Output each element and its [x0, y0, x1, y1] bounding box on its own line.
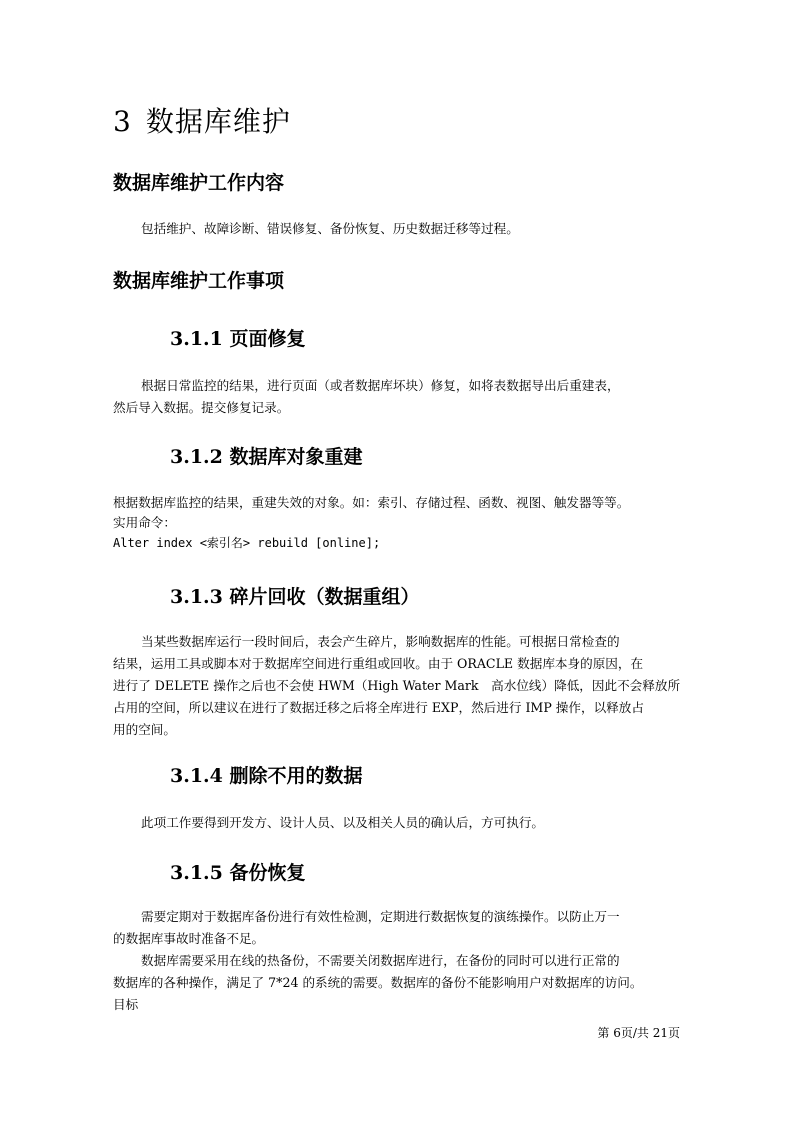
page-repair-paragraph: 根据日常监控的结果，进行页面（或者数据库坏块）修复，如将表数据导出后重建表， 然… [113, 375, 681, 419]
subsection-title: 碎片回收（数据重组） [230, 586, 420, 608]
paragraph-line: 用的空间。 [113, 719, 681, 741]
section-heading-content: 数据库维护工作内容 [113, 168, 284, 195]
paragraph-line: 数据库需要采用在线的热备份，不需要关闭数据库进行，在备份的同时可以进行正常的 [113, 950, 681, 972]
subsection-number: 3.1.1 [170, 328, 223, 350]
paragraph-line: 目标 [113, 994, 681, 1016]
subsection-number: 3.1.2 [170, 446, 223, 468]
paragraph-line: 根据数据库监控的结果，重建失效的对象。如：索引、存储过程、函数、视图、触发器等等… [113, 493, 681, 513]
subsection-heading-delete-unused: 3.1.4 删除不用的数据 [170, 761, 363, 788]
paragraph-line: 根据日常监控的结果，进行页面（或者数据库坏块）修复，如将表数据导出后重建表， [113, 375, 681, 397]
paragraph-line: 当某些数据库运行一段时间后，表会产生碎片，影响数据库的性能。可根据日常检查的 [113, 631, 681, 653]
paragraph-line: 结果，运用工具或脚本对于数据库空间进行重组或回收。由于 ORACLE 数据库本身… [113, 653, 681, 675]
paragraph-line: 然后导入数据。提交修复记录。 [113, 397, 681, 419]
subsection-title: 页面修复 [230, 328, 306, 350]
paragraph-line: 实用命令： [113, 513, 681, 533]
paragraph-line: 进行了 DELETE 操作之后也不会使 HWM（High Water Mark … [113, 675, 681, 697]
paragraph-line: 的数据库事故时准备不足。 [113, 928, 681, 950]
command-code: Alter index <索引名> rebuild [online]; [113, 533, 681, 553]
chapter-heading: 3数据库维护 [113, 100, 291, 140]
section-heading-items: 数据库维护工作事项 [113, 266, 284, 293]
paragraph-line: 数据库的各种操作，满足了 7*24 的系统的需要。数据库的备份不能影响用户对数据… [113, 972, 681, 994]
paragraph-line: 此项工作要得到开发方、设计人员、以及相关人员的确认后，方可执行。 [141, 812, 709, 834]
subsection-title: 数据库对象重建 [230, 446, 363, 468]
paragraph-line: 占用的空间，所以建议在进行了数据迁移之后将全库进行 EXP，然后进行 IMP 操… [113, 697, 681, 719]
backup-restore-paragraph: 需要定期对于数据库备份进行有效性检测，定期进行数据恢复的演练操作。以防止万一 的… [113, 906, 681, 1016]
subsection-heading-page-repair: 3.1.1 页面修复 [170, 324, 306, 351]
chapter-title: 数据库维护 [146, 105, 291, 138]
subsection-heading-fragment-recovery: 3.1.3 碎片回收（数据重组） [170, 582, 420, 609]
paragraph-line: 包括维护、故障诊断、错误修复、备份恢复、历史数据迁移等过程。 [141, 218, 709, 240]
paragraph-line: 需要定期对于数据库备份进行有效性检测，定期进行数据恢复的演练操作。以防止万一 [113, 906, 681, 928]
delete-unused-paragraph: 此项工作要得到开发方、设计人员、以及相关人员的确认后，方可执行。 [141, 812, 709, 834]
subsection-number: 3.1.5 [170, 862, 223, 884]
fragment-recovery-paragraph: 当某些数据库运行一段时间后，表会产生碎片，影响数据库的性能。可根据日常检查的 结… [113, 631, 681, 741]
subsection-number: 3.1.3 [170, 586, 223, 608]
subsection-title: 备份恢复 [230, 862, 306, 884]
chapter-number: 3 [113, 105, 132, 138]
subsection-title: 删除不用的数据 [230, 765, 363, 787]
subsection-heading-backup-restore: 3.1.5 备份恢复 [170, 858, 306, 885]
subsection-number: 3.1.4 [170, 765, 223, 787]
page-number-footer: 第 6页/共 21页 [597, 1024, 680, 1041]
subsection-heading-object-rebuild: 3.1.2 数据库对象重建 [170, 442, 363, 469]
object-rebuild-paragraph: 根据数据库监控的结果，重建失效的对象。如：索引、存储过程、函数、视图、触发器等等… [113, 493, 681, 553]
section-content-paragraph: 包括维护、故障诊断、错误修复、备份恢复、历史数据迁移等过程。 [141, 218, 709, 240]
